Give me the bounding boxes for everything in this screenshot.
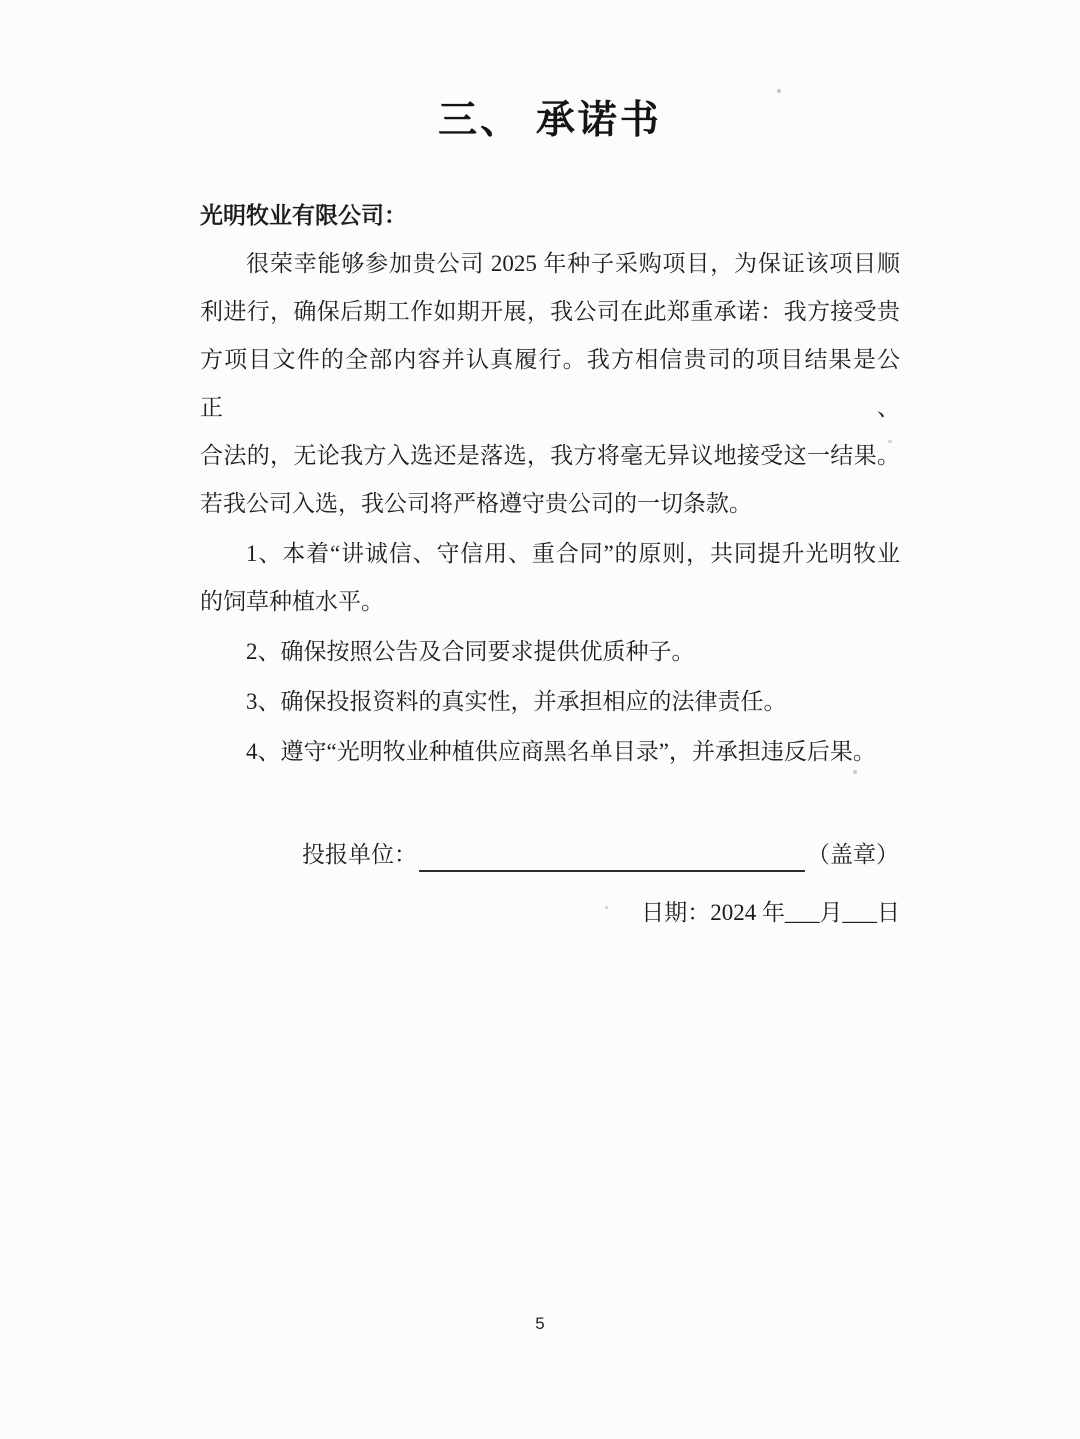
body-line: 合法的，无论我方入选还是落选，我方将毫无异议地接受这一结果。 xyxy=(200,432,900,480)
page-number: 5 xyxy=(0,1314,1080,1334)
body-line: 若我公司入选，我公司将严格遵守贵公司的一切条款。 xyxy=(200,480,900,528)
bidder-name-blank xyxy=(419,846,805,872)
document-page: 三、 承诺书 光明牧业有限公司： 很荣幸能够参加贵公司 2025 年种子采购项目… xyxy=(0,0,1080,1439)
salutation: 光明牧业有限公司： xyxy=(200,192,900,240)
page-title: 三、 承诺书 xyxy=(200,96,900,146)
bidder-unit-label: 投报单位： xyxy=(302,842,417,867)
date-label: 日期：2024 年___月___日 xyxy=(641,900,900,925)
commitment-item-2: 2、确保按照公告及合同要求提供优质种子。 xyxy=(200,628,900,676)
date-row: 日期：2024 年___月___日 xyxy=(200,896,900,930)
scan-speck xyxy=(777,89,781,93)
commitment-item-4: 4、遵守“光明牧业种植供应商黑名单目录”，并承担违反后果。 xyxy=(200,728,900,776)
commitment-item-3: 3、确保投报资料的真实性，并承担相应的法律责任。 xyxy=(200,678,900,726)
scan-speck xyxy=(853,770,857,774)
commitment-item-1: 1、本着“讲诚信、守信用、重合同”的原则，共同提升光明牧业 xyxy=(200,530,900,578)
body-line: 利进行，确保后期工作如期开展，我公司在此郑重承诺：我方接受贵 xyxy=(200,288,900,336)
scan-speck xyxy=(888,440,892,443)
signature-row: 投报单位：（盖章） xyxy=(200,838,900,872)
commitment-item-1-cont: 的饲草种植水平。 xyxy=(200,578,900,626)
seal-label: （盖章） xyxy=(807,842,899,867)
body-line: 很荣幸能够参加贵公司 2025 年种子采购项目，为保证该项目顺 xyxy=(200,240,900,288)
body-line: 方项目文件的全部内容并认真履行。我方相信贵司的项目结果是公正、 xyxy=(200,336,900,432)
scan-speck xyxy=(605,906,608,909)
